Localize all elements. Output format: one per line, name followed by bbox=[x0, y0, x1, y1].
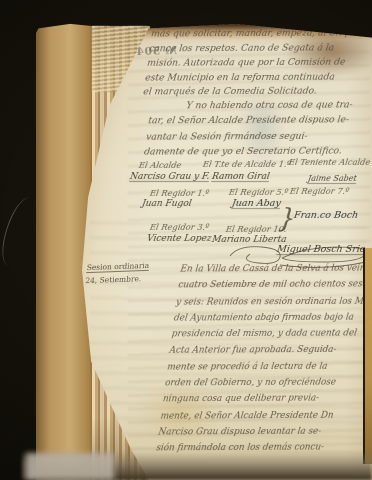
bottom-light-wedge bbox=[26, 453, 114, 480]
margin-note: Sesion ordinaria 24, Setiembre. bbox=[85, 261, 150, 285]
manuscript-line: ninguna cosa que deliberar previa- bbox=[161, 394, 367, 411]
signature-title: El Regidor 1.º bbox=[149, 188, 210, 198]
manuscript-line: del Ayuntamiento abajo firmados bajo la bbox=[172, 312, 372, 329]
manuscript-line: mente se procedió á la lectura de la bbox=[166, 361, 372, 378]
signature-name: Narciso Grau y F. bbox=[129, 172, 210, 182]
manuscript-line: cance los respetos. Cano de Segata á la bbox=[148, 42, 353, 58]
closing-paragraph: Y no habiendo otra cosa de que tra- tar,… bbox=[143, 99, 354, 161]
manuscript-line: orden del Gobierno, y no ofreciéndose bbox=[164, 378, 370, 395]
manuscript-line: presidencia del mismo, y dada cuenta del bbox=[170, 329, 372, 346]
manuscript-line: Narciso Grau dispuso levantar la se- bbox=[157, 426, 363, 443]
manuscript-line: vantar la Sesión firmándose segui- bbox=[145, 130, 349, 146]
manuscript-line: Y no habiendo otra cosa de que tra- bbox=[149, 99, 353, 115]
manuscript-line: más que solicitar, mandar, empezá, al Sr… bbox=[150, 27, 355, 43]
signature-title: El Regidor 5.º bbox=[228, 187, 289, 197]
signature-name: Fran.co Boch bbox=[293, 210, 359, 221]
right-fore-edge bbox=[363, 248, 372, 464]
signature-name: Vicente Lopez bbox=[146, 234, 212, 244]
manuscript-line: y seis: Reunidos en sesión ordinaria los… bbox=[175, 296, 372, 313]
manuscript-line: Acta Anterior fue aprobada. Seguida- bbox=[168, 345, 372, 362]
signature-name: Juan Fugol bbox=[141, 199, 192, 209]
signature-name: Juan Abay bbox=[231, 198, 281, 209]
signature-title: El Teniente Alcalde 4.º bbox=[288, 157, 372, 167]
manuscript-line: tar, el Señor Alcalde Presidente dispuso… bbox=[147, 115, 351, 131]
manuscript-line: este Municipio en la reforma continuada bbox=[144, 71, 349, 87]
signature-title: El Alcalde bbox=[138, 160, 182, 170]
manuscript-photo: № 504.772 más que solicitar, mandar, emp… bbox=[0, 0, 372, 480]
brace-mark: } bbox=[277, 204, 297, 234]
manuscript-line: mente, el Señor Alcalde Presidente Dn bbox=[159, 410, 365, 427]
secretary-signature: Miguel Bosch Srio. bbox=[276, 244, 369, 255]
signature-title: El Regidor 7.º bbox=[289, 186, 350, 196]
paragraph-continuation: más que solicitar, mandar, empezá, al Sr… bbox=[142, 27, 355, 101]
signature-name: Ramon Giral bbox=[211, 172, 270, 182]
manuscript-line: cuatro Setiembre de mil ocho cientos ses… bbox=[177, 280, 372, 297]
signature-title: El T.te de Alcalde 1.º bbox=[202, 159, 291, 169]
signature-title: El Regidor 3.º bbox=[149, 222, 210, 232]
manuscript-line: En la Villa de Cassá de la Selva á los v… bbox=[179, 263, 372, 280]
margin-note-title: Sesion ordinaria bbox=[86, 261, 150, 272]
manuscript-line: misión. Autorizada que por la Comisión d… bbox=[146, 57, 351, 73]
signature-name: Jaime Sabet bbox=[307, 174, 357, 183]
session-paragraph: En la Villa de Cassá de la Selva á los v… bbox=[155, 263, 372, 460]
